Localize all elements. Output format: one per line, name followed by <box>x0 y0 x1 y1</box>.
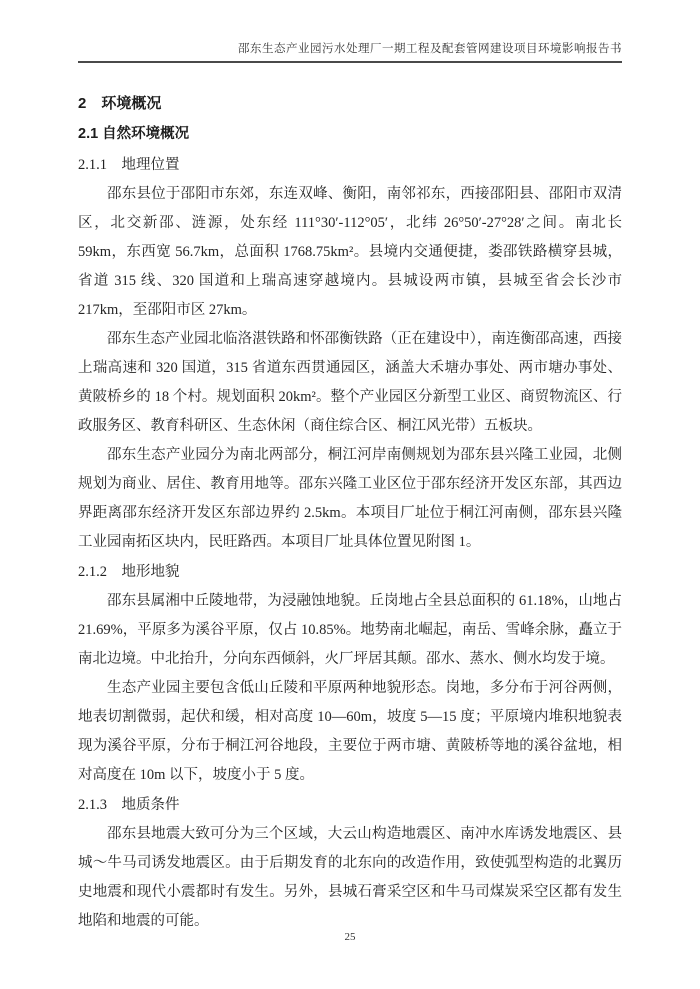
paragraph-terrain-2: 生态产业园主要包含低山丘陵和平原两种地貌形态。岗地，多分布于河谷两侧，地表切割微… <box>78 674 622 790</box>
paragraph-geology-1: 邵东县地震大致可分为三个区域，大云山构造地震区、南冲水库诱发地震区、县城～牛马司… <box>78 820 622 936</box>
running-title: 邵东生态产业园污水处理厂一期工程及配套管网建设项目环境影响报告书 <box>238 43 622 55</box>
paragraph-terrain-1: 邵东县属湘中丘陵地带，为浸融蚀地貌。丘岗地占全县总面积的 61.18%，山地占 … <box>78 587 622 674</box>
paragraph-location-1: 邵东县位于邵阳市东郊，东连双峰、衡阳，南邻祁东，西接邵阳县、邵阳市双清区，北交新… <box>78 180 622 325</box>
paragraph-location-2: 邵东生态产业园北临洛湛铁路和怀邵衡铁路（正在建设中），南连衡邵高速，西接上瑞高速… <box>78 325 622 441</box>
page-header: 邵东生态产业园污水处理厂一期工程及配套管网建设项目环境影响报告书 <box>78 0 622 63</box>
paragraph-location-3: 邵东生态产业园分为南北两部分，桐江河岸南侧规划为邵东县兴隆工业园，北侧规划为商业… <box>78 441 622 557</box>
heading-sub-2-1-1: 2.1.1 地理位置 <box>78 150 622 180</box>
heading-chapter-2: 2 环境概况 <box>78 88 622 119</box>
document-body: 2 环境概况 2.1 自然环境概况 2.1.1 地理位置 邵东县位于邵阳市东郊，… <box>78 88 622 936</box>
page-footer: 25 <box>0 931 700 943</box>
report-page: 邵东生态产业园污水处理厂一期工程及配套管网建设项目环境影响报告书 2 环境概况 … <box>0 0 700 989</box>
heading-sub-2-1-2: 2.1.2 地形地貌 <box>78 557 622 587</box>
page-number: 25 <box>345 931 356 943</box>
heading-section-2-1: 2.1 自然环境概况 <box>78 119 622 150</box>
heading-sub-2-1-3: 2.1.3 地质条件 <box>78 790 622 820</box>
